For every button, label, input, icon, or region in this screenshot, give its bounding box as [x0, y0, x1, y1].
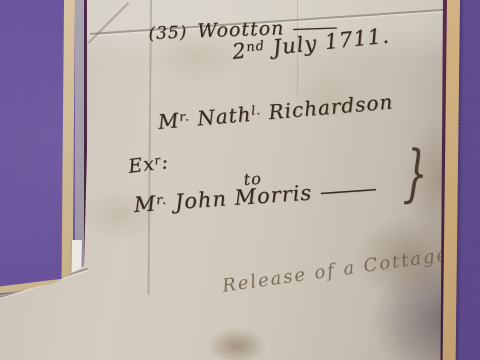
deed-photograph: (35)Wootton——— 2nd July 1711. Mr. Nathl.… [0, 0, 480, 360]
fold-crease-corner [88, 2, 129, 43]
docket-title: Release of a Cottage [221, 244, 450, 297]
executor-abbreviation: Exr: [127, 151, 170, 178]
fold-crease-vertical [147, 0, 151, 295]
pen-flourish: ——— [319, 176, 375, 204]
grantor-name: Mr. Nathl. Richardson [157, 89, 394, 133]
brace-flourish: } [402, 136, 428, 210]
date-ordinal: nd [246, 39, 266, 56]
document-number: (35) [148, 23, 188, 44]
